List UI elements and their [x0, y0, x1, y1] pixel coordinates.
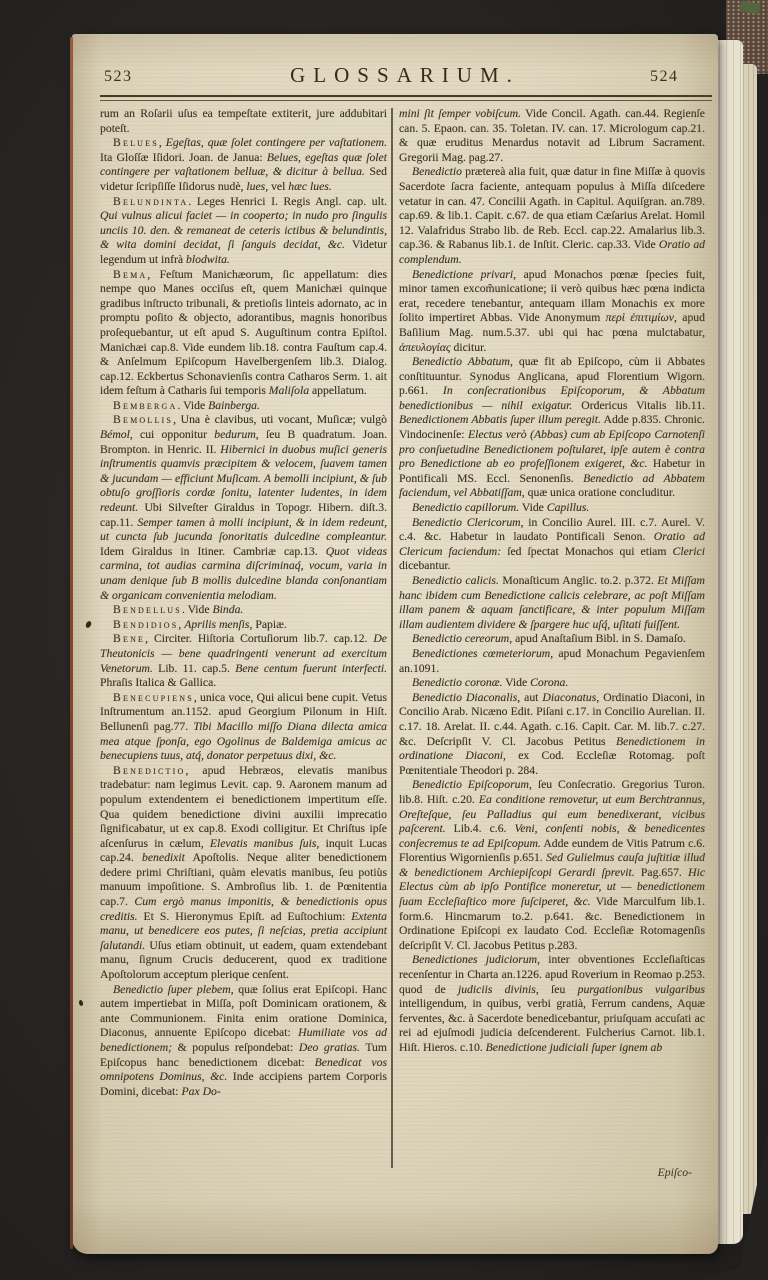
- glossary-paragraph: Bendidios, Aprilis menſis, Papiæ.: [100, 618, 387, 633]
- italic-text: Benedictiones judiciorum: [412, 953, 537, 966]
- italic-text: mini ſit ſemper vobiſcum.: [399, 107, 521, 120]
- body-text: rum an Roſarii uſus ea tempeſtate extite…: [100, 107, 387, 135]
- header-rule-top: [100, 95, 712, 97]
- text-column-left: rum an Roſarii uſus ea tempeſtate extite…: [100, 107, 387, 1171]
- glossary-paragraph: Benedictio cereorum, apud Anaſtaſium Bib…: [399, 632, 705, 647]
- entry-headword: Bene: [113, 632, 145, 645]
- header-rule-bottom: [100, 100, 712, 101]
- italic-text: Bémol: [100, 428, 130, 441]
- body-text: vel: [268, 180, 288, 193]
- italic-text: Benedictione privari: [412, 268, 513, 281]
- body-text: dicebantur.: [399, 559, 451, 572]
- italic-text: Egeſtas, quæ ſolet contingere per vaſtat…: [166, 136, 387, 149]
- glossary-paragraph: Benedictio coronæ. Vide Corona.: [399, 676, 705, 691]
- italic-text: Benedictio Abbatum: [412, 355, 510, 368]
- glossary-paragraph: Bemberga. Vide Bainberga.: [100, 399, 387, 414]
- glossary-paragraph: Benedictio, apud Hebræos, elevatis manib…: [100, 764, 387, 983]
- body-text: . Leges Henrici I. Regis Angl. cap. ult.: [188, 195, 387, 208]
- body-text: dicitur.: [451, 341, 487, 354]
- body-text: Idem Giraldus in Itiner. Cambriæ cap.13.: [100, 545, 326, 558]
- body-text: Ordericus Vitalis lib.11.: [572, 399, 705, 412]
- italic-text: Deo gratias.: [299, 1041, 360, 1054]
- italic-text: Semper tamen à molli incipiunt, & in ide…: [100, 516, 387, 544]
- italic-text: Corona.: [530, 676, 568, 689]
- italic-text: Benedictio coronæ.: [412, 676, 502, 689]
- entry-headword: Benedictio: [113, 764, 185, 777]
- body-text: Pag.657.: [635, 866, 689, 879]
- body-text: Ita Gloſſæ Iſidori. Joan. de Janua:: [100, 151, 267, 164]
- body-text: Lib. 11. cap.5.: [153, 662, 235, 675]
- italic-text: Benedictio calicis.: [412, 574, 499, 587]
- glossary-paragraph: Benedictio Diaconalis, aut Diaconatus, O…: [399, 691, 705, 779]
- italic-text: Elevatis manibus ſuis,: [210, 837, 320, 850]
- italic-text: Benedictiones cœmeteriorum: [412, 647, 550, 660]
- body-text: . Vide: [178, 399, 209, 412]
- entry-headword: Bemberga: [113, 399, 178, 412]
- entry-headword: Bemollis: [113, 413, 173, 426]
- body-text: , quæ unica oratione concluditur.: [522, 486, 675, 499]
- body-text: , ſeu: [536, 983, 578, 996]
- glossary-paragraph: Benedictio capillorum. Vide Capillus.: [399, 501, 705, 516]
- glossary-paragraph: rum an Roſarii uſus ea tempeſtate extite…: [100, 107, 387, 136]
- glossary-paragraph: Benedictio prætereà alia fuit, quæ datur…: [399, 165, 705, 267]
- italic-text: Benedictio cereorum: [412, 632, 509, 645]
- red-fore-edge: [70, 37, 73, 1249]
- column-divider: [391, 108, 393, 1168]
- italic-text: Bene centum fuerunt interfecti.: [235, 662, 387, 675]
- body-text: appellatum.: [309, 384, 367, 397]
- glossary-paragraph: Bemollis, Una è clavibus, uti vocant, Mu…: [100, 413, 387, 603]
- body-text: Phraſis Italica & Gallica.: [100, 676, 216, 689]
- glossary-paragraph: Bendellus. Vide Binda.: [100, 603, 387, 618]
- italic-text: Benedictio Diaconalis: [412, 691, 517, 704]
- body-text: Monaſticum Anglic. to.2. p.372.: [499, 574, 658, 587]
- greek-text: ἀπευλογίας: [399, 341, 451, 354]
- italic-text: Clerici: [673, 545, 705, 558]
- italic-text: Aprilis menſis: [184, 618, 249, 631]
- scan-backdrop: 523 GLOSSARIUM. 524 rum an Roſarii uſus …: [0, 0, 768, 1280]
- greek-text: περὶ ἐπιτιμίων: [606, 311, 674, 324]
- italic-text: Qui vulnus alicui faciet — in cooperto; …: [100, 209, 387, 251]
- entry-headword: Bema: [113, 268, 147, 281]
- italic-text: Benedictio Clericorum: [412, 516, 521, 529]
- entry-headword: Belundinta: [113, 195, 188, 208]
- glossary-paragraph: Benedictio Abbatum, quæ fit ab Epiſcopo,…: [399, 355, 705, 501]
- body-text: Lib.4. c.6.: [446, 822, 515, 835]
- body-text: Vide: [519, 501, 547, 514]
- italic-text: lues,: [246, 180, 268, 193]
- glossary-paragraph: Benedictio calicis. Monaſticum Anglic. t…: [399, 574, 705, 632]
- body-text: , Una è clavibus, uti vocant, Muſicæ; vu…: [173, 413, 387, 426]
- entry-headword: Bendidios: [113, 618, 178, 631]
- glossary-paragraph: Belues, Egeſtas, quæ ſolet contingere pe…: [100, 136, 387, 194]
- body-text: & populus reſpondebat:: [172, 1041, 299, 1054]
- italic-text: Maliſola: [269, 384, 309, 397]
- glossary-paragraph: Benedictio ſuper plebem, quæ ſolius erat…: [100, 983, 387, 1100]
- italic-text: hæc lues.: [288, 180, 332, 193]
- body-text: , aut: [517, 691, 542, 704]
- glossary-paragraph: Belundinta. Leges Henrici I. Regis Angl.…: [100, 195, 387, 268]
- italic-text: Capillus.: [547, 501, 590, 514]
- entry-headword: Belues: [113, 136, 159, 149]
- italic-text: Diaconatus: [542, 691, 596, 704]
- italic-text: Benedictio ſuper plebem: [113, 983, 231, 996]
- glossary-paragraph: Benedictiones cœmeteriorum, apud Monachu…: [399, 647, 705, 676]
- body-text: , Feſtum Manichæorum, ſic appellatum: di…: [100, 268, 387, 398]
- page-stack-edge-inner: [743, 64, 757, 1214]
- body-text: ,: [159, 136, 166, 149]
- body-text: , Circiter. Hiſtoria Cortuſiorum lib.7. …: [145, 632, 373, 645]
- glossary-paragraph: Benedictione privari, apud Monachos pœnæ…: [399, 268, 705, 356]
- italic-text: Binda.: [213, 603, 244, 616]
- body-text: Et S. Hieronymus Epiſt. ad Euſtochium:: [138, 910, 352, 923]
- entry-headword: Benecupiens: [113, 691, 194, 704]
- italic-text: Benedictionem Abbatis ſuper illum peregi…: [399, 413, 601, 426]
- text-column-right: mini ſit ſemper vobiſcum. Vide Concil. A…: [399, 107, 705, 1171]
- body-text: , cui opponitur: [130, 428, 214, 441]
- body-text: Vide: [502, 676, 530, 689]
- running-title: GLOSSARIUM.: [100, 63, 710, 88]
- glossary-paragraph: Bene, Circiter. Hiſtoria Cortuſiorum lib…: [100, 632, 387, 690]
- italic-text: Benedictio capillorum.: [412, 501, 519, 514]
- italic-text: Benedictio: [412, 165, 462, 178]
- body-text: . Vide: [182, 603, 213, 616]
- page-number-right: 524: [650, 68, 679, 86]
- body-text: ſed ſpectat Monachos qui etiam: [501, 545, 672, 558]
- glossary-paragraph: Benedictio Epiſcoporum, ſeu Conſecratio.…: [399, 778, 705, 953]
- italic-text: Pax Do-: [181, 1085, 220, 1098]
- italic-text: purgationibus vulgaribus: [578, 983, 705, 996]
- catchword: Epiſco-: [399, 1166, 692, 1179]
- italic-text: bedurum: [214, 428, 256, 441]
- entry-headword: Bendellus: [113, 603, 182, 616]
- glossary-paragraph: Benedictio Clericorum, in Concilio Aurel…: [399, 516, 705, 574]
- glossary-paragraph: Bema, Feſtum Manichæorum, ſic appellatum…: [100, 268, 387, 399]
- italic-text: blodwita.: [186, 253, 230, 266]
- glossary-paragraph: Benecupiens, unica voce, Qui alicui bene…: [100, 691, 387, 764]
- glossary-paragraph: mini ſit ſemper vobiſcum. Vide Concil. A…: [399, 107, 705, 165]
- body-text: , Papiæ.: [249, 618, 286, 631]
- italic-text: Bainberga.: [208, 399, 260, 412]
- italic-text: Benedictio Epiſcoporum: [412, 778, 529, 791]
- glossary-paragraph: Benedictiones judiciorum, inter obventio…: [399, 953, 705, 1055]
- italic-text: Benedictione judiciali ſuper ignem ab: [486, 1041, 663, 1054]
- body-text: , apud Anaſtaſium Bibl. in S. Damaſo.: [509, 632, 686, 645]
- italic-text: judiciis divinis: [458, 983, 536, 996]
- italic-text: benedixit: [142, 851, 185, 864]
